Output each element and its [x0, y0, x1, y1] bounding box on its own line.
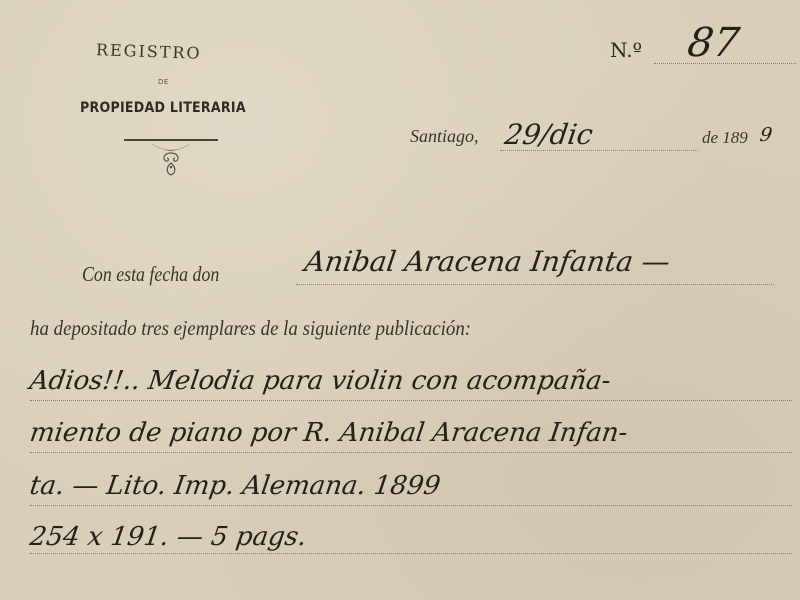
- publication-line-3: ta. — Lito. Imp. Alemana. 1899: [28, 471, 442, 501]
- depositor-name-value: Anibal Aracena Infanta —: [303, 245, 673, 278]
- registration-number-label: N.º: [610, 38, 642, 62]
- publication-rule-2: [30, 452, 792, 453]
- depositor-label: Con esta fecha don: [82, 262, 219, 287]
- publication-rule-3: [30, 505, 792, 506]
- header-registro: REGISTRO: [96, 40, 202, 63]
- registration-number-value: 87: [685, 20, 742, 66]
- flourish-ornament-icon: [146, 141, 196, 179]
- header-propiedad-literaria: PROPIEDAD LITERARIA: [80, 100, 246, 116]
- publication-rule-4: [30, 553, 792, 554]
- date-year-label: de 189: [702, 128, 748, 148]
- date-year-digit: 9: [758, 124, 773, 146]
- date-handwritten-value: 29/dic: [503, 118, 595, 151]
- header-de: DE: [158, 78, 169, 86]
- date-city-label: Santiago,: [410, 126, 479, 147]
- deposit-statement: ha depositado tres ejemplares de la sigu…: [30, 316, 471, 341]
- publication-rule-1: [30, 400, 792, 401]
- publication-line-2: miento de piano por R. Anibal Aracena In…: [28, 418, 630, 448]
- depositor-rule: [296, 284, 774, 285]
- publication-line-4: 254 x 191. — 5 pags.: [28, 522, 309, 552]
- publication-line-1: Adios!!.. Melodia para violin con acompa…: [28, 366, 613, 396]
